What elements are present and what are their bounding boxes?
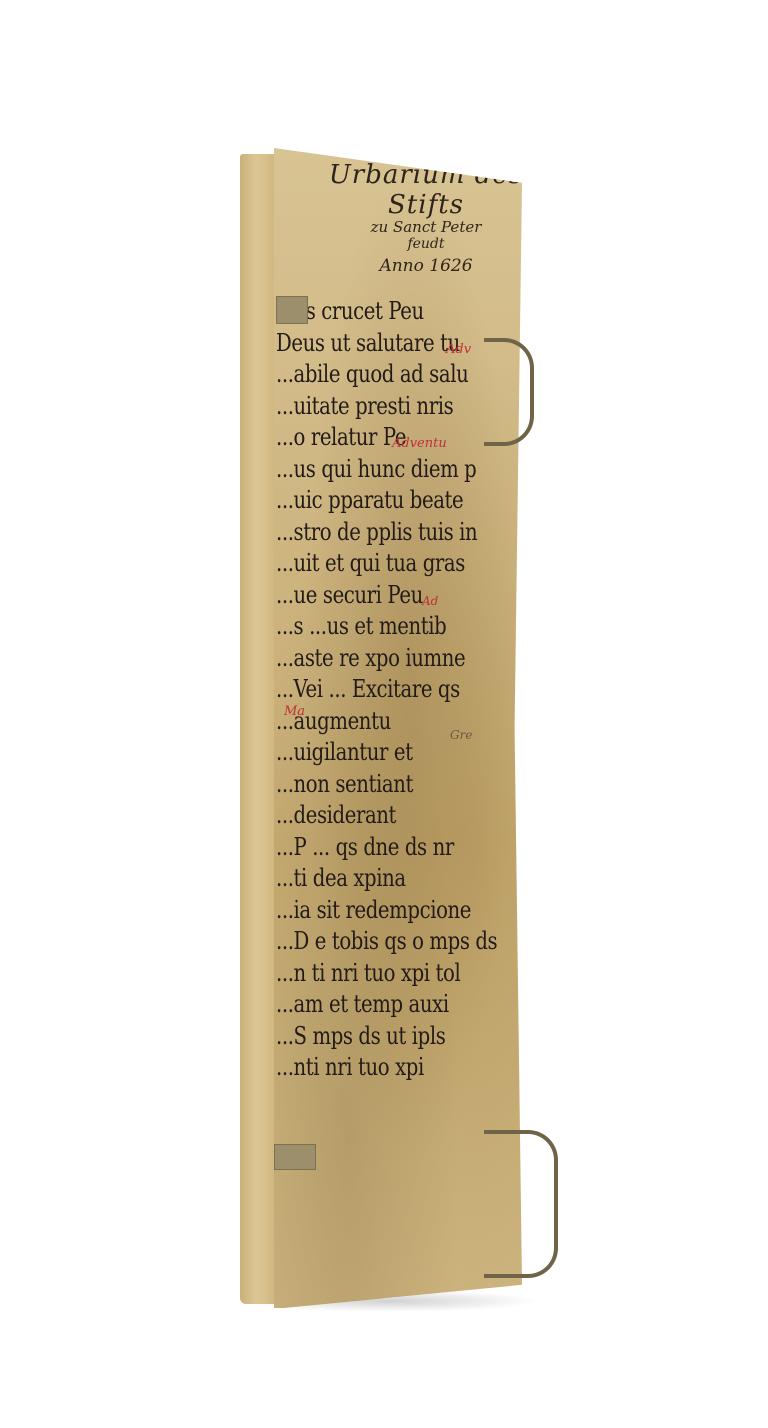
title-line-3: feudt <box>326 236 526 252</box>
text-line: ...Vei ... Excitare qs <box>276 674 448 706</box>
spine-tab-top <box>276 296 308 324</box>
text-line: ...uit et qui tua gras <box>276 548 448 580</box>
tie-strap-bottom <box>484 1130 558 1278</box>
text-line: Deus ut salutare tu <box>276 328 448 360</box>
marginal-note: Gre <box>450 728 472 742</box>
text-line: ...P ... qs dne ds nr <box>276 832 448 864</box>
text-line: ...n ti nri tuo xpi tol <box>276 958 448 990</box>
text-line: ...aste re xpo iumne <box>276 643 448 675</box>
text-line: ...s ...us et mentib <box>276 611 448 643</box>
manuscript-text: ...ps crucet Peu Deus ut salutare tu ...… <box>276 296 486 1084</box>
text-line: ...abile quod ad salu <box>276 359 448 391</box>
title-line-4: Anno 1626 <box>326 256 526 276</box>
rubric-adventu: Adventu <box>392 436 447 451</box>
tie-strap-top <box>484 338 534 446</box>
manuscript-book: Urbarium des Stifts zu Sanct Peter feudt… <box>240 148 522 1308</box>
rubric-adv: Adv <box>446 342 471 357</box>
text-line: ...stro de pplis tuis in <box>276 517 448 549</box>
title-inscription: Urbarium des Stifts zu Sanct Peter feudt… <box>326 160 526 276</box>
title-line-1: Urbarium des Stifts <box>326 160 526 220</box>
text-line: ...uic pparatu beate <box>276 485 448 517</box>
text-line: ...uitate presti nris <box>276 391 448 423</box>
text-line: ...D e tobis qs o mps ds <box>276 926 448 958</box>
text-line: ...am et temp auxi <box>276 989 448 1021</box>
rubric-ad: Ad <box>422 594 438 608</box>
text-line: ...desiderant <box>276 800 448 832</box>
rubric-ma: Ma <box>284 704 305 719</box>
text-line: ...S mps ds ut ipls <box>276 1021 448 1053</box>
spine-tab-bottom <box>274 1144 316 1170</box>
text-line: ...nti nri tuo xpi <box>276 1052 448 1084</box>
title-line-2: zu Sanct Peter <box>326 218 526 236</box>
text-line: ...ti dea xpina <box>276 863 448 895</box>
text-line: ...non sentiant <box>276 769 448 801</box>
text-line: ...us qui hunc diem p <box>276 454 448 486</box>
text-line: ...ia sit redempcione <box>276 895 448 927</box>
text-line: ...uigilantur et <box>276 737 448 769</box>
